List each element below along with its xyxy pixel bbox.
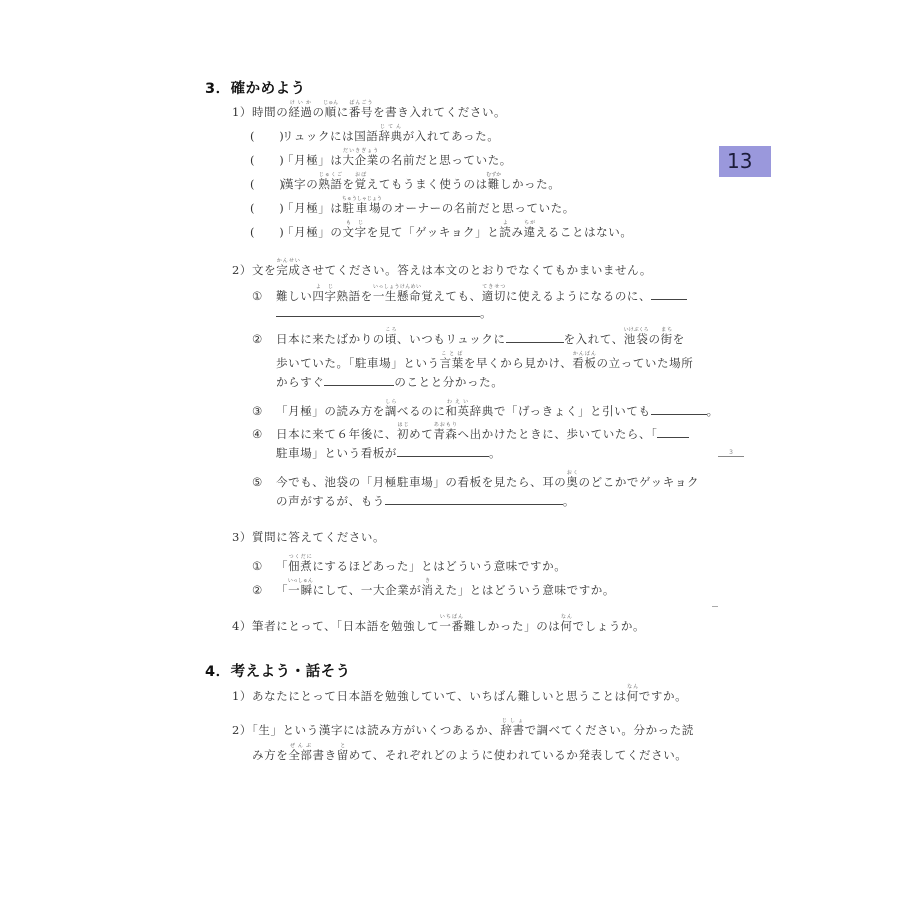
answer-blank[interactable] <box>657 427 689 438</box>
answer-blank[interactable] <box>324 375 394 386</box>
q2-item-1-line2: 。 <box>276 306 492 320</box>
answer-blank[interactable] <box>385 494 563 505</box>
q2-item-3: ③「月極」の読み方を調しらべるのに和英わえい辞典で「げっきょく」と引いても。 <box>252 399 719 418</box>
q1-prompt: 1）時間の経過けいかの順じゅんに番号ばんごうを書き入れてください。 <box>232 100 506 119</box>
q2-prompt: 2）文を完成かんせいさせてください。答えは本文のとおりでなくてもかまいません。 <box>232 258 652 277</box>
margin-note-mark: 3 <box>718 449 744 457</box>
order-blank[interactable]: ( ) <box>250 153 282 167</box>
order-item-5: ( )「月極」の文字もじを見て「ゲッキョク」と読よみ違ちがえることはない。 <box>250 220 632 239</box>
page-number-tab: 13 <box>719 146 771 177</box>
answer-blank[interactable] <box>276 306 480 317</box>
q2-item-4-line2: 駐車場」という看板が。 <box>276 446 501 460</box>
q3-item-2: ②「一瞬いっしゅんにして、一大企業が消きえた」とはどういう意味ですか。 <box>252 578 615 597</box>
q2-item-1-line1: ①難しい四字よじ熟語を一生懸命いっしょうけんめい覚えても、適切てきせつに使えるよ… <box>252 284 687 303</box>
order-item-1: ( )リュックには国語辞典じてんが入れてあった。 <box>250 124 499 143</box>
q2-item-2-line1: ②日本に来たばかりの頃ころ、いつもリュックにを入れて、池袋いけぶくろの街まちを <box>252 327 685 346</box>
order-blank[interactable]: ( ) <box>250 129 282 143</box>
section4-q2-line1: 2）「生」という漢字には読み方がいくつあるか、辞書じしょで調べてください。分かっ… <box>232 718 694 737</box>
q2-item-5-line1: ⑤今でも、池袋の「月極駐車場」の看板を見たら、耳の奥おくのどこかでゲッキョク <box>252 470 699 489</box>
section-4-title: 4．考えよう・話そう <box>205 660 351 681</box>
order-item-2: ( )「月極」は大企業だいきぎょうの名前だと思っていた。 <box>250 148 512 167</box>
q2-item-4-line1: ④日本に来て６年後に、初はじめて青森あおもりへ出かけたときに、歩いていたら、「 <box>252 422 689 441</box>
q2-item-2-line3: からすぐのことと分かった。 <box>276 375 503 389</box>
section-3-title: 3．確かめよう <box>205 77 306 98</box>
answer-blank[interactable] <box>506 332 564 343</box>
answer-blank[interactable] <box>397 446 489 457</box>
order-blank[interactable]: ( ) <box>250 201 282 215</box>
q3-prompt: 3）質問に答えてください。 <box>232 530 385 544</box>
order-item-4: ( )「月極」は駐車場ちゅうしゃじょうのオーナーの名前だと思っていた。 <box>250 196 575 215</box>
q2-item-2-line2: 歩いていた。「駐車場」という言葉ことばを早くから見かけ、看板かんばんの立っていた… <box>276 351 693 370</box>
textbook-page: 13 3 3．確かめよう 1）時間の経過けいかの順じゅんに番号ばんごうを書き入れ… <box>0 0 900 900</box>
answer-blank[interactable] <box>651 404 707 415</box>
answer-blank[interactable] <box>651 289 687 300</box>
order-blank[interactable]: ( ) <box>250 177 282 191</box>
margin-dot <box>712 606 718 607</box>
q4-prompt: 4）筆者にとって、「日本語を勉強して一番いちばん難しかった」のは何なんでしょうか… <box>232 614 645 633</box>
order-item-3: ( )漢字の熟語じゅくごを覚おぼえてもうまく使うのは難むずかしかった。 <box>250 172 560 191</box>
order-blank[interactable]: ( ) <box>250 225 282 239</box>
section4-q1: 1）あなたにとって日本語を勉強していて、いちばん難しいと思うことは何なんですか。 <box>232 684 687 703</box>
section4-q2-line2: み方を全部ぜんぶ書き留とめて、それぞれどのように使われているか発表してください。 <box>252 743 687 762</box>
q3-item-1: ①「佃煮つくだににするほどあった」とはどういう意味ですか。 <box>252 554 566 573</box>
q2-item-5-line2: の声がするが、もう。 <box>276 494 575 508</box>
